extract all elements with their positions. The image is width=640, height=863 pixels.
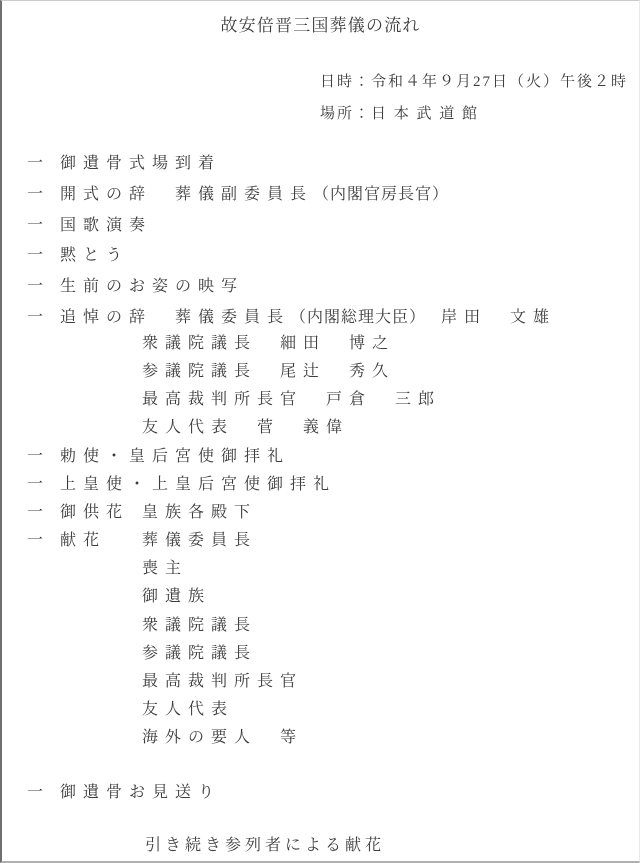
program-line-text: 生前のお姿の映写 — [60, 272, 244, 303]
program-item-label: 御供花 — [60, 499, 142, 527]
program-line: 一開式の辞 葬儀副委員長（内閣官房長官） — [2, 180, 639, 211]
program-line: 一御遺骨式場到着 — [2, 149, 639, 180]
program-line-text: 御供花皇族各殿下 — [60, 499, 257, 527]
program-line: 一上皇使・上皇后宮使御拝礼 — [2, 471, 639, 499]
program-line: 御遺族 — [2, 583, 639, 611]
program-line-text: 参議院議長 — [142, 640, 257, 668]
program-line-text: 喪主 — [142, 555, 188, 583]
list-marker: 一 — [27, 471, 60, 499]
program-line-text: 御遺骨お見送り — [60, 779, 221, 807]
program-line-text: 献花葬儀委員長 — [60, 527, 257, 555]
program-line: 衆議院議長 — [2, 612, 639, 640]
program-line: 最高裁判所長官 — [2, 668, 639, 696]
program-line: 衆議院議長 細田 博之 — [2, 330, 639, 358]
program-line-text: 友人代表 菅 義偉 — [142, 414, 349, 442]
program-item-detail: 皇族各殿下 — [142, 504, 257, 521]
list-marker: 一 — [27, 211, 60, 242]
program-line: 友人代表 菅 義偉 — [2, 414, 639, 442]
program-line: 一御遺骨お見送り — [2, 779, 639, 807]
program-line-text: 最高裁判所長官 戸倉 三郎 — [142, 386, 441, 414]
program-line: 参議院議長 尾辻 秀久 — [2, 358, 639, 386]
parenthetical-text: （内閣官房長官） — [313, 186, 449, 203]
program-item-label: 献花 — [60, 527, 142, 555]
program-line-text: 参議院議長 尾辻 秀久 — [142, 358, 395, 386]
list-marker: 一 — [27, 443, 60, 471]
program-line-text: 開式の辞 葬儀副委員長（内閣官房長官） — [60, 180, 449, 211]
document-page: 故安倍晋三国葬儀の流れ 日時：令和４年９月27日（火）午後２時 場所：日 本 武… — [0, 0, 640, 863]
program-line-text: 御遺族 — [142, 583, 211, 611]
program-line: 最高裁判所長官 戸倉 三郎 — [2, 386, 639, 414]
meta-datetime: 日時：令和４年９月27日（火）午後２時 — [320, 66, 639, 98]
program-line: 一勅使・皇后宮使御拝礼 — [2, 443, 639, 471]
program-line: 友人代表 — [2, 696, 639, 724]
list-marker: 一 — [27, 272, 60, 303]
list-marker: 一 — [27, 303, 60, 334]
program-line: 一献花葬儀委員長 — [2, 527, 639, 555]
document-title: 故安倍晋三国葬儀の流れ — [2, 15, 639, 37]
program-line: 一黙とう — [2, 241, 639, 272]
program-line-text: 勅使・皇后宮使御拝礼 — [60, 443, 290, 471]
program-line-text: 友人代表 — [142, 696, 234, 724]
program-line: 喪主 — [2, 555, 639, 583]
program-line: 一国歌演奏 — [2, 211, 639, 242]
program-line: 一生前のお姿の映写 — [2, 272, 639, 303]
list-marker: 一 — [27, 149, 60, 180]
list-marker: 一 — [27, 241, 60, 272]
program-line-text: 黙とう — [60, 241, 129, 272]
program-line-text: 最高裁判所長官 — [142, 668, 303, 696]
program-list: 一御遺骨式場到着一開式の辞 葬儀副委員長（内閣官房長官）一国歌演奏一黙とう一生前… — [2, 149, 639, 807]
program-line-text: 衆議院議長 細田 博之 — [142, 330, 395, 358]
program-line-text: 上皇使・上皇后宮使御拝礼 — [60, 471, 336, 499]
program-line-text: 衆議院議長 — [142, 612, 257, 640]
footer-note: 引き続き参列者による献花 — [2, 832, 639, 860]
program-line-text: 海外の要人 等 — [142, 724, 303, 752]
program-item-detail: 葬儀委員長 — [142, 532, 257, 549]
program-line-text: 御遺骨式場到着 — [60, 149, 221, 180]
parenthetical-text: （内閣総理大臣） — [290, 309, 418, 326]
program-line-text: 国歌演奏 — [60, 211, 152, 242]
program-line: 参議院議長 — [2, 640, 639, 668]
list-marker: 一 — [27, 180, 60, 211]
meta-block: 日時：令和４年９月27日（火）午後２時 場所：日 本 武 道 館 — [2, 66, 639, 130]
meta-venue: 場所：日 本 武 道 館 — [320, 98, 639, 130]
list-marker: 一 — [27, 527, 60, 555]
program-line: 一御供花皇族各殿下 — [2, 499, 639, 527]
list-marker: 一 — [27, 499, 60, 527]
list-marker: 一 — [27, 779, 60, 807]
program-line: 海外の要人 等 — [2, 724, 639, 752]
